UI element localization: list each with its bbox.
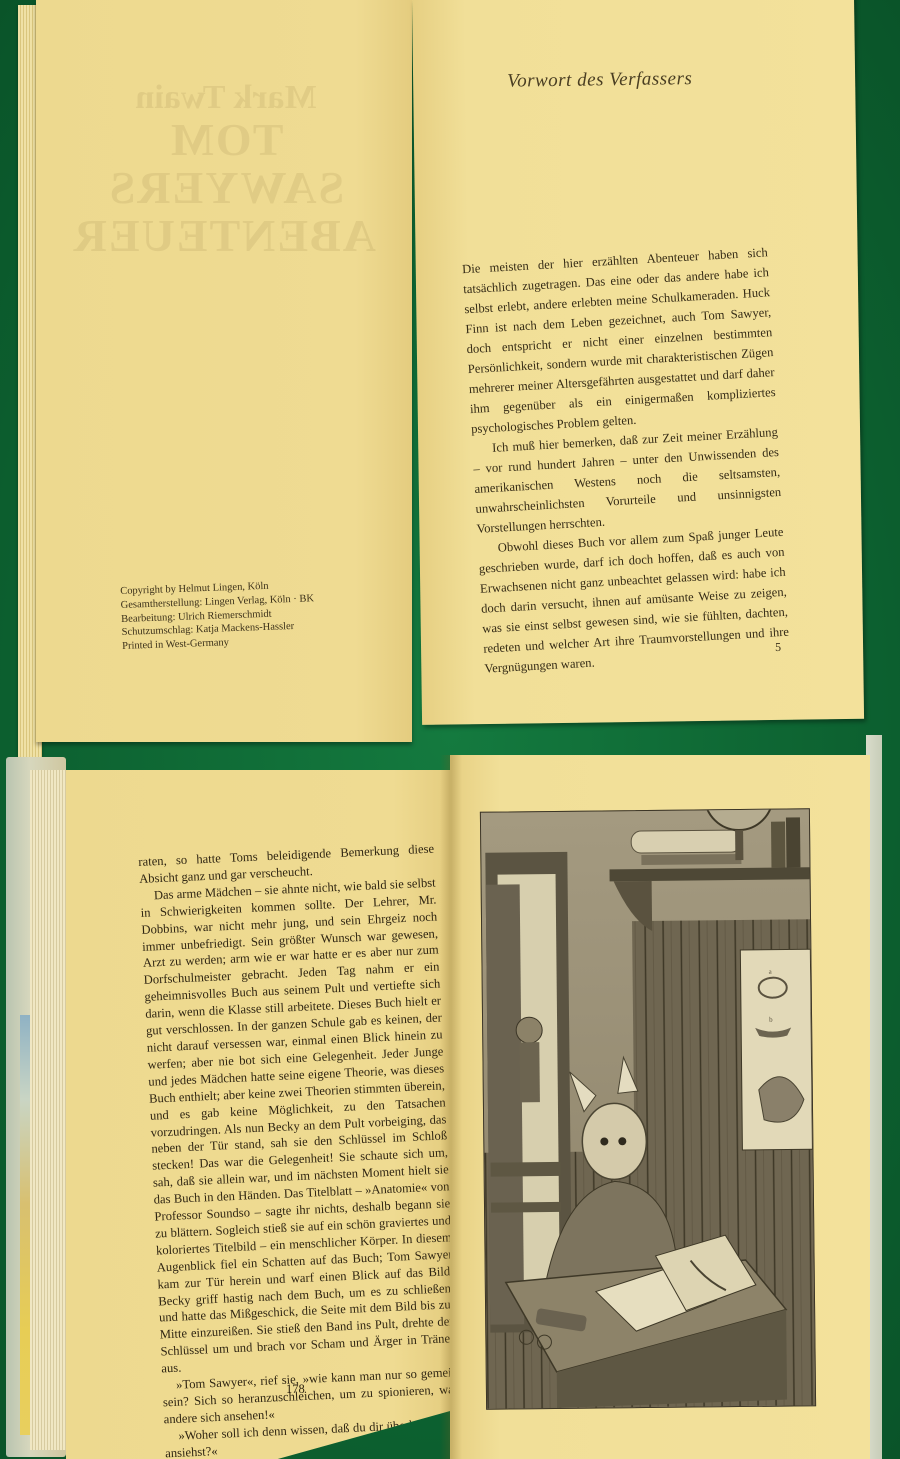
page-edges [30, 770, 72, 1450]
paragraph: Die meisten der hier erzählten Abenteuer… [462, 242, 778, 439]
bleed-through-book-title: TOM SAWYERS ABENTEUER [76, 116, 376, 261]
colophon: Copyright by Helmut Lingen, Köln Gesamth… [120, 578, 316, 654]
page-number: 5 [775, 640, 781, 655]
book-spine-shadow [440, 755, 462, 1459]
top-book: Mark Twain TOM SAWYERS ABENTEUER Copyrig… [0, 0, 860, 765]
top-right-page: Vorwort des Verfassers Die meisten der h… [412, 0, 864, 725]
schoolroom-drawing: a b [481, 809, 815, 1408]
bleed-through-title: Mark Twain TOM SAWYERS ABENTEUER [76, 80, 376, 261]
illustration: a b [480, 808, 816, 1409]
paragraph: Ich muß hier bemerken, daß zur Zeit mein… [472, 422, 783, 539]
chapter-title: Vorwort des Verfassers [507, 68, 692, 93]
paragraph: Das arme Mädchen – sie ahnte nicht, wie … [140, 874, 451, 1377]
bottom-left-page: raten, so hatte Toms beleidigende Bemerk… [66, 770, 451, 1459]
bleed-through-author: Mark Twain [76, 80, 376, 116]
page-number: 178 [286, 1382, 305, 1397]
bottom-book: raten, so hatte Toms beleidigende Bemerk… [0, 735, 900, 1459]
chart-label-b: b [769, 1016, 773, 1024]
top-left-page: Mark Twain TOM SAWYERS ABENTEUER Copyrig… [36, 0, 412, 742]
foreword-text: Die meisten der hier erzählten Abenteuer… [462, 242, 791, 678]
bottom-right-page: a b [450, 755, 870, 1459]
paragraph: Obwohl dieses Buch vor allem zum Spaß ju… [477, 522, 790, 679]
story-text: raten, so hatte Toms beleidigende Bemerk… [138, 841, 451, 1459]
